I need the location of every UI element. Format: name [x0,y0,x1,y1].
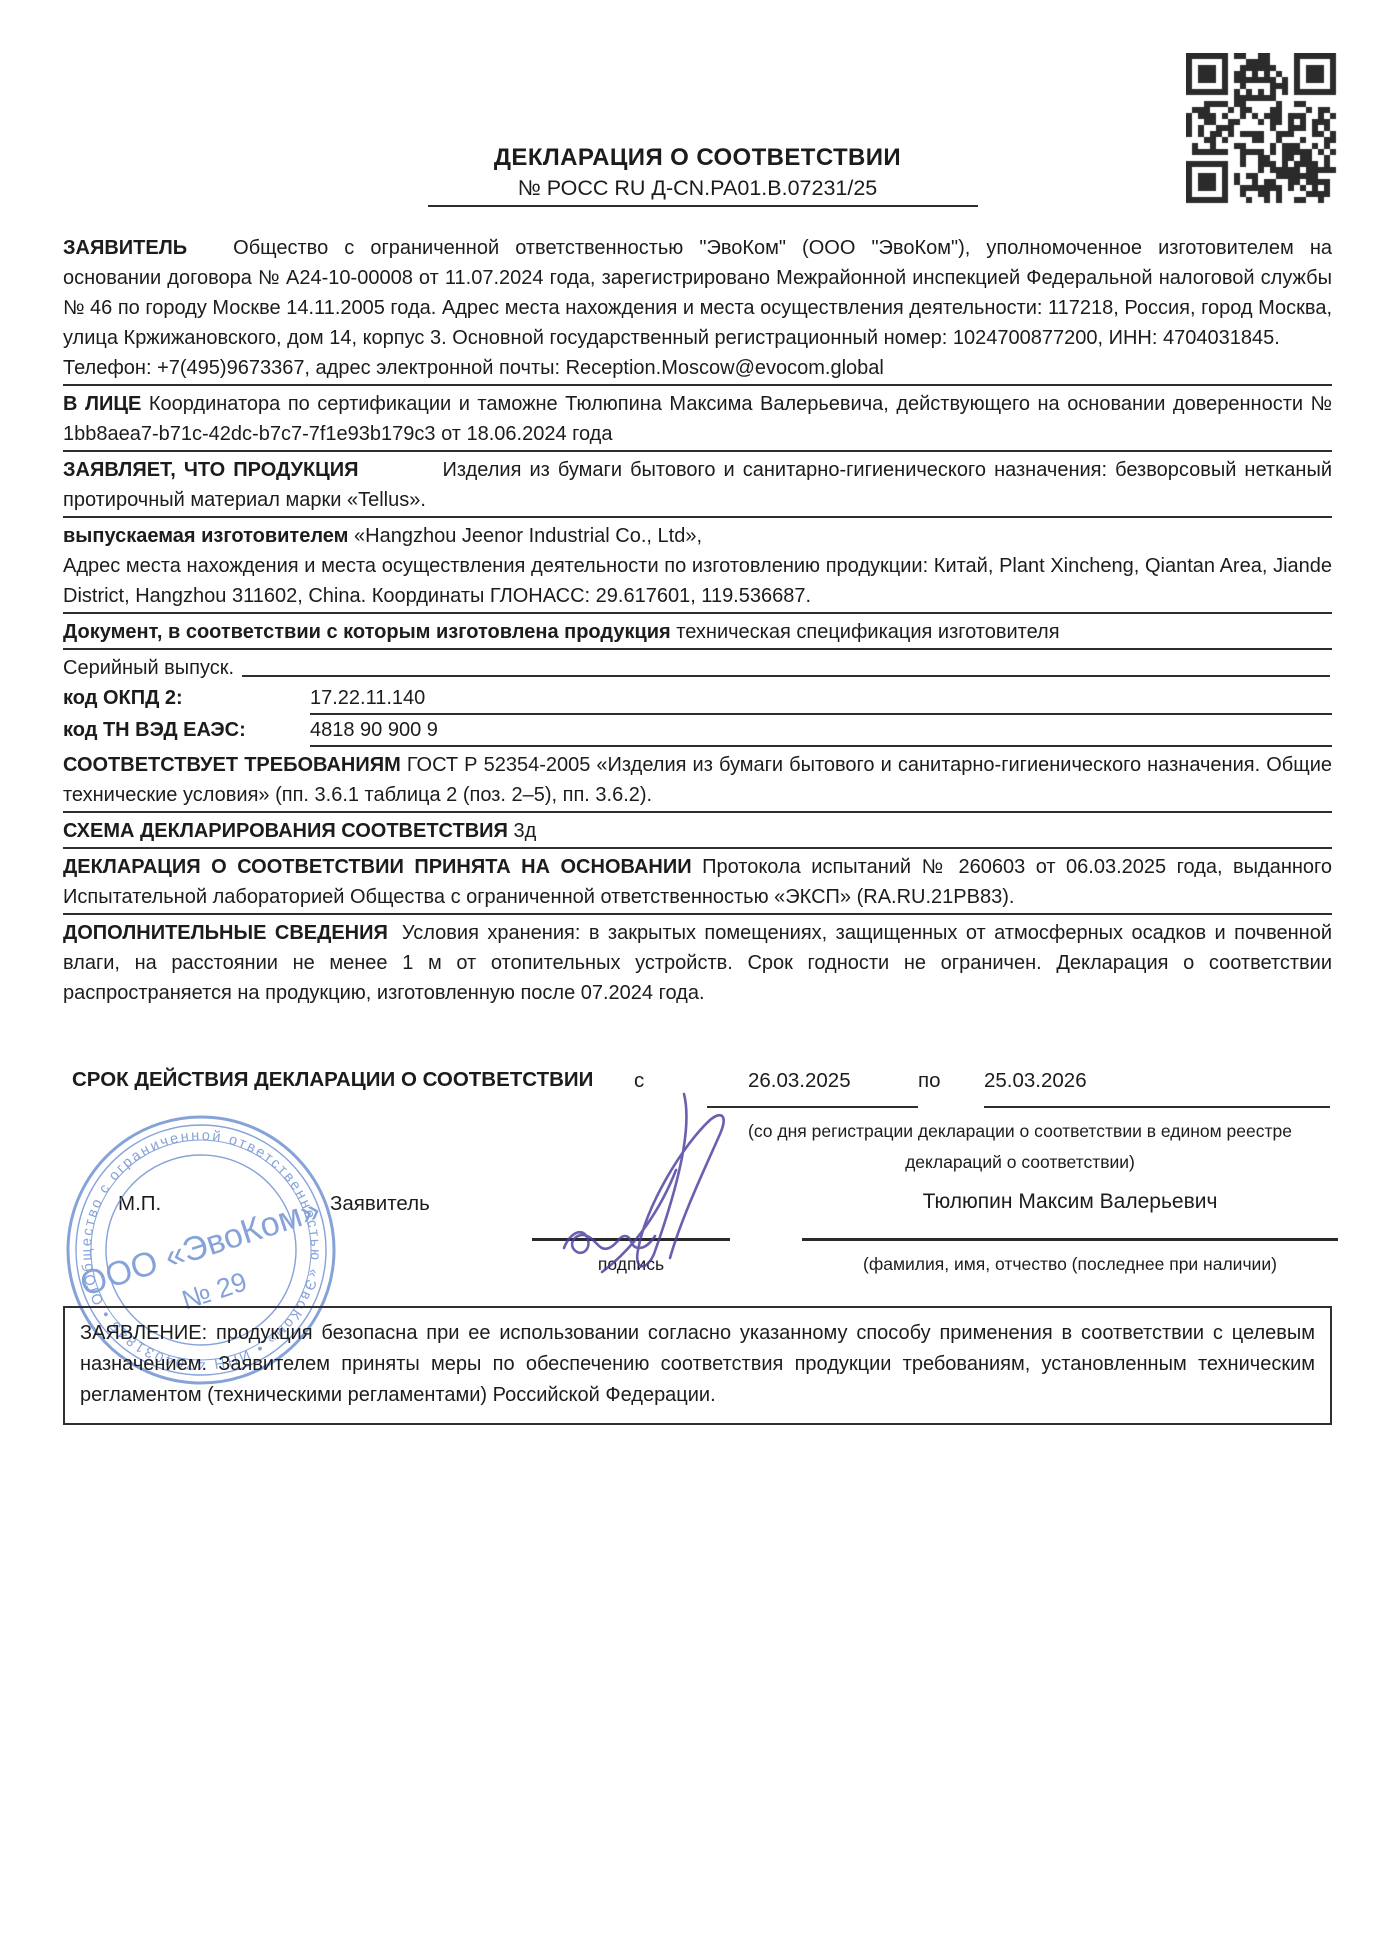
serial-text: Серийный выпуск. [63,653,234,683]
section-additional: ДОПОЛНИТЕЛЬНЫЕ СВЕДЕНИЯУсловия хранения:… [63,918,1332,1009]
section-scheme: СХЕМА ДЕКЛАРИРОВАНИЯ СООТВЕТСТВИЯ 3д [63,816,1332,849]
section-represented-by: В ЛИЦЕ Координатора по сертификации и та… [63,389,1332,452]
manufacturer-label: выпускаемая изготовителем [63,525,348,547]
to-date-underline [984,1106,1330,1108]
serial-row: Серийный выпуск. [63,653,1332,683]
production-document-text: техническая спецификация изготовителя [676,621,1059,643]
document-title: ДЕКЛАРАЦИЯ О СООТВЕТСТВИИ [63,144,1332,172]
manufacturer-address: Адрес места нахождения и места осуществл… [63,551,1332,611]
signatory-name: Тюлюпин Максим Валерьевич [820,1190,1320,1214]
validity-to-label: по [918,1069,941,1093]
statement-box: ЗАЯВЛЕНИЕ: продукция безопасна при ее ис… [63,1306,1332,1425]
applicant-signing-label: Заявитель [330,1192,430,1216]
manufacturer-line: выпускаемая изготовителем «Hangzhou Jeen… [63,521,1332,551]
scheme-label: СХЕМА ДЕКЛАРИРОВАНИЯ СООТВЕТСТВИЯ [63,820,508,842]
name-line [802,1238,1338,1241]
applicant-contacts: Телефон: +7(495)9673367, адрес электронн… [63,353,1332,383]
statement-label: ЗАЯВЛЕНИЕ: [80,1322,207,1344]
section-basis: ДЕКЛАРАЦИЯ О СООТВЕТСТВИИ ПРИНЯТА НА ОСН… [63,852,1332,915]
manufacturer-name: «Hangzhou Jeenor Industrial Co., Ltd», [354,525,702,547]
applicant-paragraph: ЗАЯВИТЕЛЬОбщество с ограниченной ответст… [63,233,1332,353]
applicant-text: Общество с ограниченной ответственностью… [63,237,1332,349]
represented-by-text: Координатора по сертификации и таможне Т… [63,393,1332,445]
declaration-document: ДЕКЛАРАЦИЯ О СООТВЕТСТВИИ № РОСС RU Д-CN… [0,0,1384,1947]
okpd-label: код ОКПД 2: [63,683,310,715]
product-label: ЗАЯВЛЯЕТ, ЧТО ПРОДУКЦИЯ [63,459,359,481]
header-underline [428,205,978,207]
validity-label: СРОК ДЕЙСТВИЯ ДЕКЛАРАЦИИ О СООТВЕТСТВИИ [72,1068,593,1092]
additional-label: ДОПОЛНИТЕЛЬНЫЕ СВЕДЕНИЯ [63,922,388,944]
section-product: ЗАЯВЛЯЕТ, ЧТО ПРОДУКЦИЯИзделия из бумаги… [63,455,1332,518]
section-manufacturer: выпускаемая изготовителем «Hangzhou Jeen… [63,521,1332,614]
name-caption: (фамилия, имя, отчество (последнее при н… [800,1254,1340,1275]
document-number: № РОСС RU Д-CN.РА01.В.07231/25 [63,176,1332,201]
section-compliance: СООТВЕТСТВУЕТ ТРЕБОВАНИЯМ ГОСТ Р 52354-2… [63,750,1332,813]
section-applicant: ЗАЯВИТЕЛЬОбщество с ограниченной ответст… [63,233,1332,386]
section-production-document: Документ, в соответствии с которым изгот… [63,617,1332,650]
okpd-value: 17.22.11.140 [310,683,1332,715]
scheme-value: 3д [513,820,536,842]
compliance-label: СООТВЕТСТВУЕТ ТРЕБОВАНИЯМ [63,754,401,776]
represented-by-label: В ЛИЦЕ [63,393,141,415]
code-row-tnved: код ТН ВЭД ЕАЭС: 4818 90 900 9 [63,715,1332,747]
document-header: ДЕКЛАРАЦИЯ О СООТВЕТСТВИИ № РОСС RU Д-CN… [63,0,1332,207]
handwritten-signature [542,1086,792,1276]
validity-to-date: 25.03.2026 [984,1069,1087,1093]
statement-text: продукция безопасна при ее использовании… [80,1322,1315,1406]
tnved-value: 4818 90 900 9 [310,715,1332,747]
applicant-label: ЗАЯВИТЕЛЬ [63,237,187,259]
serial-fill-line [242,675,1330,677]
tnved-label: код ТН ВЭД ЕАЭС: [63,715,310,747]
basis-label: ДЕКЛАРАЦИЯ О СООТВЕТСТВИИ ПРИНЯТА НА ОСН… [63,856,692,878]
code-row-okpd: код ОКПД 2: 17.22.11.140 [63,683,1332,715]
production-document-label: Документ, в соответствии с которым изгот… [63,621,671,643]
